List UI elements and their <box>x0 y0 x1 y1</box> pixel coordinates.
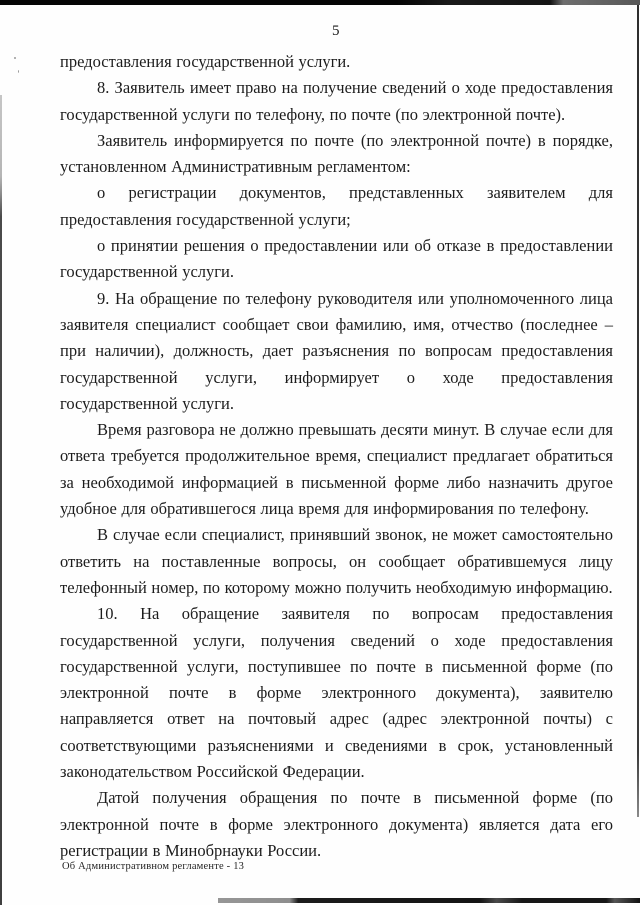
scan-artifact-bottom-bar <box>218 898 640 903</box>
paragraph-item-8: 8. Заявитель имеет право на получение св… <box>60 75 613 128</box>
paragraph: В случае если специалист, принявший звон… <box>60 522 613 601</box>
scanned-document-page: 5 предоставления государственной услуги.… <box>0 0 640 905</box>
paragraph-continuation: предоставления государственной услуги. <box>60 49 613 75</box>
footer-registration-note: Об Административном регламенте - 13 <box>62 861 244 872</box>
paragraph: о регистрации документов, представленных… <box>60 180 613 233</box>
scan-artifact-right-edge-line <box>637 5 639 817</box>
scan-artifact-left-edge-line <box>0 95 2 905</box>
paragraph: о принятии решения о предоставлении или … <box>60 233 613 286</box>
paragraph-item-10: 10. На обращение заявителя по вопросам п… <box>60 601 613 785</box>
paragraph: Заявитель информируется по почте (по эле… <box>60 128 613 181</box>
paragraph: Время разговора не должно превышать деся… <box>60 417 613 522</box>
paragraph: Датой получения обращения по почте в пис… <box>60 785 613 864</box>
scan-artifact-top-bar <box>0 0 640 5</box>
scan-noise-speck <box>18 70 19 73</box>
document-body-text: предоставления государственной услуги. 8… <box>60 49 613 864</box>
paragraph-item-9: 9. На обращение по телефону руководителя… <box>60 286 613 417</box>
scan-noise-speck <box>14 57 16 59</box>
page-number: 5 <box>0 23 640 40</box>
